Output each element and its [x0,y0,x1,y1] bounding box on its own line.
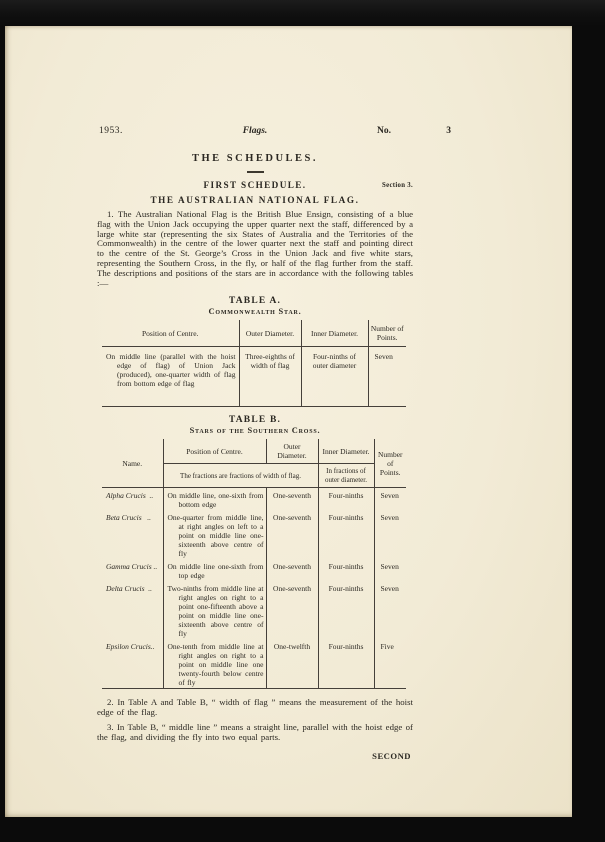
table-a-cell-points: Seven [368,347,406,407]
table-a: Position of Centre. Outer Diameter. Inne… [102,320,406,407]
scan-background-top [0,0,605,26]
star-points: Five [374,639,406,689]
star-position: Two-ninths from middle line at right ang… [163,581,266,639]
table-b-inner-note: In fractions of outer diameter. [318,464,374,488]
star-outer: One-twelfth [266,639,318,689]
table-a-col-points: Number of Points. [368,320,406,347]
first-schedule-row: FIRST SCHEDULE. Section 3. [97,180,413,191]
page-content: 1953. Flags. No. 3 THE SCHEDULES. FIRST … [97,126,413,761]
first-schedule-heading: FIRST SCHEDULE. [97,180,413,190]
table-a-col-outer: Outer Diameter. [239,320,301,347]
table-a-col-position: Position of Centre. [102,320,239,347]
star-name: Alpha Crucis .. [102,488,163,511]
star-outer: One-seventh [266,510,318,559]
star-position: On middle line, one-sixth from bottom ed… [163,488,266,511]
section-margin-note: Section 3. [382,182,413,189]
paragraph-2: 2. In Table A and Table B, “ width of fl… [97,698,413,718]
table-row: Beta Crucis .. One-quarter from middle l… [102,510,406,559]
table-row: Delta Crucis .. Two-ninths from middle l… [102,581,406,639]
star-inner: Four-ninths [318,559,374,581]
table-row: Epsilon Crucis.. One-tenth from middle l… [102,639,406,689]
star-outer: One-seventh [266,559,318,581]
table-a-col-inner: Inner Diameter. [301,320,368,347]
table-b-col-outer: Outer Diameter. [266,439,318,464]
star-name: Delta Crucis .. [102,581,163,639]
star-inner: Four-ninths [318,581,374,639]
star-position: On middle line one-sixth from top edge [163,559,266,581]
running-header: 1953. Flags. No. 3 [97,126,413,138]
table-a-subtitle: Commonwealth Star. [97,307,413,316]
star-points: Seven [374,581,406,639]
page-number: 3 [446,126,451,136]
table-row: Alpha Crucis .. On middle line, one-sixt… [102,488,406,511]
table-b-col-position: Position of Centre. [163,439,266,464]
star-points: Seven [374,510,406,559]
paragraph-1: 1. The Australian National Flag is the B… [97,210,413,288]
star-outer: One-seventh [266,488,318,511]
table-a-cell-inner: Four-ninths of outer diameter [301,347,368,407]
table-a-cell-position: On middle line (parallel with the hoist … [102,347,239,407]
table-a-title: TABLE A. [97,296,413,306]
star-inner: Four-ninths [318,510,374,559]
paragraph-3: 3. In Table B, “ middle line ” means a s… [97,723,413,743]
table-row: Gamma Crucis .. On middle line one-sixth… [102,559,406,581]
header-number-label: No. [377,126,391,136]
document-page: 1953. Flags. No. 3 THE SCHEDULES. FIRST … [5,26,572,817]
table-a-cell-outer: Three-eighths of width of flag [239,347,301,407]
table-b-subtitle: Stars of the Southern Cross. [97,426,413,435]
table-a-header-row: Position of Centre. Outer Diameter. Inne… [102,320,406,347]
table-row: On middle line (parallel with the hoist … [102,347,406,407]
star-outer: One-seventh [266,581,318,639]
table-b-fractions-note: The fractions are fractions of width of … [163,464,318,488]
catchword: SECOND [97,751,413,761]
star-name: Gamma Crucis .. [102,559,163,581]
table-b-title: TABLE B. [97,415,413,425]
section-divider-rule [247,171,264,173]
header-running-title: Flags. [97,126,413,136]
table-b-col-points: Number of Points. [374,439,406,488]
table-b-col-name: Name. [102,439,163,488]
table-b-col-inner: Inner Diameter. [318,439,374,464]
star-position: One-quarter from middle line, at right a… [163,510,266,559]
star-points: Seven [374,488,406,511]
flag-title-heading: THE AUSTRALIAN NATIONAL FLAG. [97,195,413,205]
star-name: Epsilon Crucis.. [102,639,163,689]
star-name: Beta Crucis .. [102,510,163,559]
star-position: One-tenth from middle line at right angl… [163,639,266,689]
star-inner: Four-ninths [318,488,374,511]
star-points: Seven [374,559,406,581]
schedules-heading: THE SCHEDULES. [97,153,413,164]
star-inner: Four-ninths [318,639,374,689]
table-b-header-row-1: Name. Position of Centre. Outer Diameter… [102,439,406,464]
table-b: Name. Position of Centre. Outer Diameter… [102,439,406,689]
